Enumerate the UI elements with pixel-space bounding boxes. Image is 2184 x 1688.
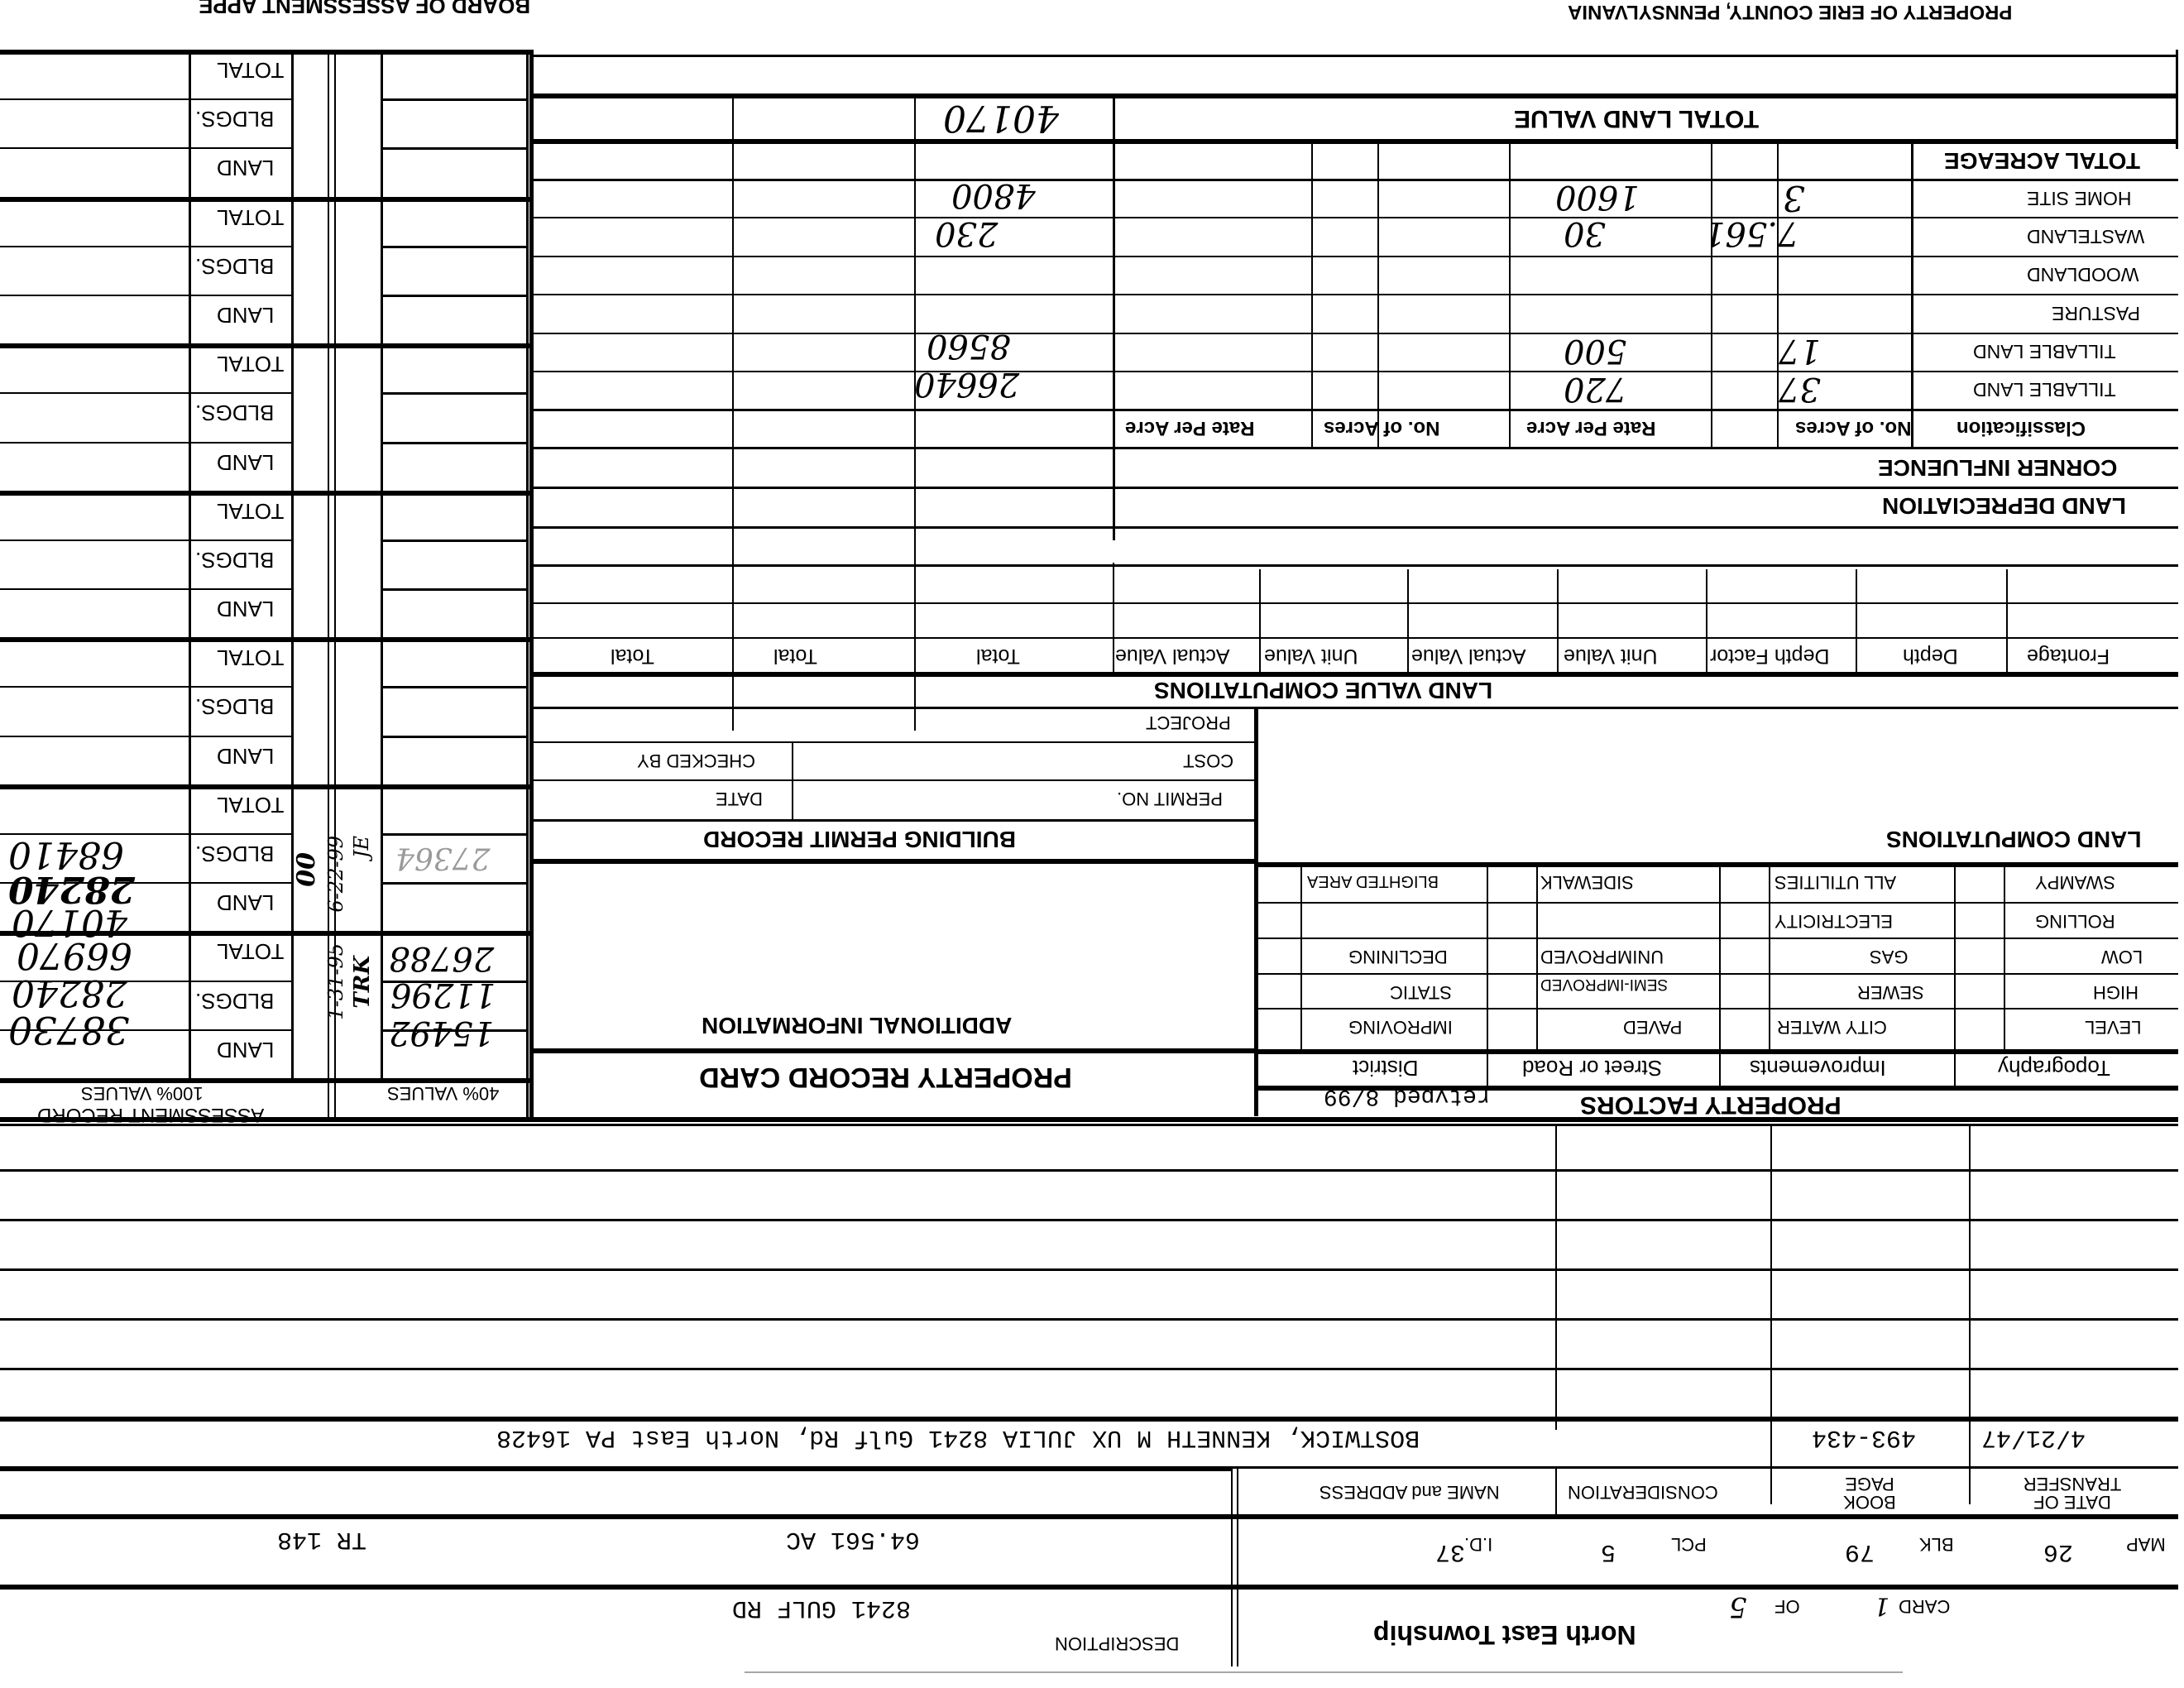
assessment-row-label: TOTAL bbox=[217, 353, 284, 375]
class-pasture: PASTURE bbox=[2052, 304, 2140, 323]
retyped-note: retyped 8/99 bbox=[1324, 1084, 1491, 1107]
lvc-actual-value-2: Actual Value bbox=[1115, 645, 1230, 666]
tillable2-value: 26640 bbox=[914, 367, 1019, 400]
township-name: North East Township bbox=[1373, 1622, 1636, 1648]
lvc-unit-value-2: Unit Value bbox=[1264, 645, 1358, 666]
pf-unimproved: UNIMPROVED bbox=[1540, 947, 1664, 966]
wasteland-acres: 7.561 bbox=[1704, 217, 1799, 250]
pf-sewer: SEWER bbox=[1857, 983, 1924, 1001]
pf-sidewalk: SIDEWALK bbox=[1540, 873, 1634, 891]
pf-high: HIGH bbox=[2093, 983, 2138, 1001]
description-label: DESCRIPTION bbox=[1055, 1634, 1179, 1652]
home-site-rate: 1600 bbox=[1555, 180, 1640, 213]
pf-swampy: SWAMPY bbox=[2035, 873, 2115, 891]
transfer-date: 4/21/47 bbox=[1981, 1425, 2086, 1450]
pf-declining: DECLINING bbox=[1348, 947, 1448, 966]
pf-improving: IMPROVING bbox=[1348, 1018, 1453, 1036]
wasteland-value: 230 bbox=[935, 217, 998, 250]
assessment-row-label: BLDGS. bbox=[195, 696, 274, 717]
card-label: CARD bbox=[1899, 1597, 1950, 1615]
permit-project-label: PROJECT bbox=[1146, 713, 1231, 731]
a0-initials: TRK bbox=[352, 956, 373, 1009]
building-permit-title: BUILDING PERMIT RECORD bbox=[703, 827, 1016, 851]
assessment-row-label: TOTAL bbox=[217, 941, 284, 962]
assessment-row-label: LAND bbox=[217, 892, 274, 914]
a0-date: 1-31-95 bbox=[326, 943, 346, 1020]
home-site-acres: 3 bbox=[1783, 180, 1805, 215]
hdr-book-page: BOOK PAGE bbox=[1828, 1475, 1911, 1511]
id-value: 37 bbox=[1435, 1539, 1465, 1564]
a1-date: 6-22-99 bbox=[326, 836, 346, 913]
a1-total-100: 68410 bbox=[8, 836, 124, 872]
property-record-card: BOARD OF ASSESSMENT APPE PROPERTY OF ERI… bbox=[0, 0, 2184, 1688]
tillable1-acres: 17 bbox=[1779, 334, 1821, 367]
lvc-actual-value-1: Actual Value bbox=[1411, 645, 1526, 666]
hdr-date-of-transfer: DATE OF TRANSFER bbox=[1998, 1475, 2147, 1511]
a1-bldgs-100: 28240 bbox=[8, 870, 135, 907]
permit-cost-label: COST bbox=[1183, 751, 1233, 770]
lvc-total-1: Total bbox=[976, 645, 1020, 666]
lvc-depth: Depth bbox=[1903, 645, 1958, 666]
a1-initials: JE bbox=[352, 836, 371, 858]
land-computations-label: LAND COMPUTATIONS bbox=[1886, 827, 2142, 851]
pf-electricity: ELECTRICITY bbox=[1774, 912, 1893, 930]
lvc-total-2: Total bbox=[773, 645, 817, 666]
col-rate-1: Rate Per Acre bbox=[1526, 418, 1656, 438]
pf-paved: PAVED bbox=[1623, 1018, 1682, 1036]
card-total: 5 bbox=[1729, 1593, 1747, 1621]
pf-header-improvements: Improvements bbox=[1750, 1057, 1886, 1079]
assessment-row-label: TOTAL bbox=[217, 647, 284, 669]
pf-header-street: Street or Road bbox=[1522, 1057, 1662, 1079]
assessment-row-label: LAND bbox=[217, 598, 274, 620]
pf-blighted-area: BLIGHTED AREA bbox=[1307, 873, 1439, 890]
class-wasteland: WASTELAND bbox=[2027, 227, 2144, 246]
pf-header-district: District bbox=[1353, 1057, 1418, 1079]
description-acreage: 64.561 AC bbox=[786, 1527, 920, 1551]
map-value: 26 bbox=[2043, 1539, 2073, 1564]
home-site-value: 4800 bbox=[951, 179, 1036, 212]
assessment-record-title: ASSESSMENT RECORD bbox=[37, 1105, 264, 1125]
class-woodland: WOODLAND bbox=[2027, 265, 2138, 284]
pf-city-water: CITY WATER bbox=[1777, 1018, 1887, 1036]
assessment-row-label: TOTAL bbox=[217, 501, 284, 522]
assessment-row-label: LAND bbox=[217, 157, 274, 179]
lvc-unit-value-1: Unit Value bbox=[1564, 645, 1658, 666]
total-land-value-label: TOTAL LAND VALUE bbox=[1514, 106, 1759, 131]
class-tillable-1: TILLABLE LAND bbox=[1973, 342, 2116, 361]
assessment-row-label: BLDGS. bbox=[195, 549, 274, 571]
lvc-frontage: Frontage bbox=[2027, 645, 2110, 666]
assessment-row-label: LAND bbox=[217, 452, 274, 473]
col-40-values: 40% VALUES bbox=[387, 1084, 499, 1102]
transfer-book-page: 493-434 bbox=[1812, 1425, 1916, 1450]
property-record-card-title: PROPERTY RECORD CARD bbox=[699, 1063, 1072, 1091]
assessment-row-label: BLDGS. bbox=[195, 402, 274, 424]
pf-gas: GAS bbox=[1870, 947, 1908, 966]
a0-bldgs-40: 11296 bbox=[390, 978, 496, 1011]
a0-bldgs-100: 28240 bbox=[12, 974, 127, 1010]
a0-land-100: 38730 bbox=[8, 1011, 129, 1049]
blk-value: 79 bbox=[1845, 1539, 1875, 1564]
description-tract: TR 148 bbox=[277, 1527, 366, 1551]
land-value-computations-title: LAND VALUE COMPUTATIONS bbox=[1154, 679, 1492, 702]
permit-no-label: PERMIT NO. bbox=[1117, 789, 1223, 808]
pf-level: LEVEL bbox=[2085, 1018, 2142, 1036]
wasteland-rate: 30 bbox=[1564, 217, 1606, 250]
tillable2-rate: 720 bbox=[1564, 372, 1626, 405]
assessment-row-label: TOTAL bbox=[217, 794, 284, 816]
class-tillable-2: TILLABLE LAND bbox=[1973, 380, 2116, 399]
card-of-label: OF bbox=[1774, 1597, 1800, 1615]
assessment-row-label: BLDGS. bbox=[195, 843, 274, 865]
lvc-depth-factor: Depth Factor bbox=[1710, 645, 1830, 666]
hdr-consideration: CONSIDERATION bbox=[1568, 1483, 1718, 1501]
assessment-row-label: LAND bbox=[217, 1039, 274, 1061]
land-depreciation-label: LAND DEPRECIATION bbox=[1882, 494, 2126, 517]
col-100-values: 100% VALUES bbox=[81, 1084, 204, 1102]
permit-checked-by-label: CHECKED BY bbox=[637, 751, 755, 770]
assessment-row-label: BLDGS. bbox=[195, 990, 274, 1012]
a1-mark: 00 bbox=[295, 852, 319, 887]
assessment-row-label: TOTAL bbox=[217, 60, 284, 81]
additional-information-label: ADDITIONAL INFORMATION bbox=[702, 1014, 1012, 1037]
tillable1-rate: 500 bbox=[1564, 334, 1626, 367]
transfer-name-address: BOSTWICK, KENNETH M UX JULIA 8241 Gulf R… bbox=[496, 1425, 1420, 1450]
total-land-value: 40170 bbox=[943, 99, 1059, 136]
blk-label: BLK bbox=[1919, 1535, 1954, 1553]
pf-static: STATIC bbox=[1390, 983, 1452, 1001]
county-header: PROPERTY OF ERIE COUNTY, PENNSYLVANIA bbox=[1568, 2, 2012, 22]
map-label: MAP bbox=[2126, 1535, 2166, 1553]
tillable1-value: 8560 bbox=[927, 329, 1011, 362]
assessment-row-label: TOTAL bbox=[217, 207, 284, 228]
card-number: 1 bbox=[1874, 1593, 1889, 1618]
a1-total-40: 27364 bbox=[395, 842, 491, 872]
assessment-row-label: LAND bbox=[217, 746, 274, 767]
pf-semi-improved: SEMI-IMPROVED bbox=[1540, 976, 1668, 992]
assessment-row-label: BLDGS. bbox=[195, 108, 274, 130]
assessment-row-label: LAND bbox=[217, 305, 274, 326]
description-address: 8241 GULF RD bbox=[732, 1595, 911, 1620]
pf-all-utilities: ALL UTILITIES bbox=[1774, 873, 1896, 891]
col-acres-2: No. of Acres bbox=[1324, 418, 1439, 438]
pf-rolling: ROLLING bbox=[2035, 912, 2115, 930]
permit-date-label: DATE bbox=[716, 789, 763, 808]
hdr-name-address: NAME and ADDRESS bbox=[1319, 1483, 1500, 1501]
class-home-site: HOME SITE bbox=[2027, 189, 2132, 208]
pf-header-topography: Topography bbox=[1998, 1057, 2110, 1079]
a0-land-40: 15492 bbox=[389, 1016, 494, 1049]
property-factors-title: PROPERTY FACTORS bbox=[1580, 1092, 1842, 1117]
id-label: I.D. bbox=[1464, 1535, 1492, 1553]
pcl-value: 5 bbox=[1601, 1539, 1616, 1564]
class-total-acreage: TOTAL ACREAGE bbox=[1944, 149, 2140, 172]
a0-total-40: 26788 bbox=[389, 942, 494, 975]
assessment-row-label: BLDGS. bbox=[195, 256, 274, 277]
col-acres-1: No. of Acres bbox=[1795, 418, 1911, 438]
corner-influence-label: CORNER INFLUENCE bbox=[1878, 456, 2117, 479]
col-rate-2: Rate Per Acre bbox=[1125, 418, 1255, 438]
lvc-total-3: Total bbox=[611, 645, 654, 666]
board-header: BOARD OF ASSESSMENT APPE bbox=[199, 0, 530, 17]
pcl-label: PCL bbox=[1671, 1535, 1707, 1553]
pf-low: LOW bbox=[2101, 947, 2143, 966]
tillable2-acres: 37 bbox=[1779, 372, 1821, 405]
col-classification: Classification bbox=[1956, 418, 2086, 438]
